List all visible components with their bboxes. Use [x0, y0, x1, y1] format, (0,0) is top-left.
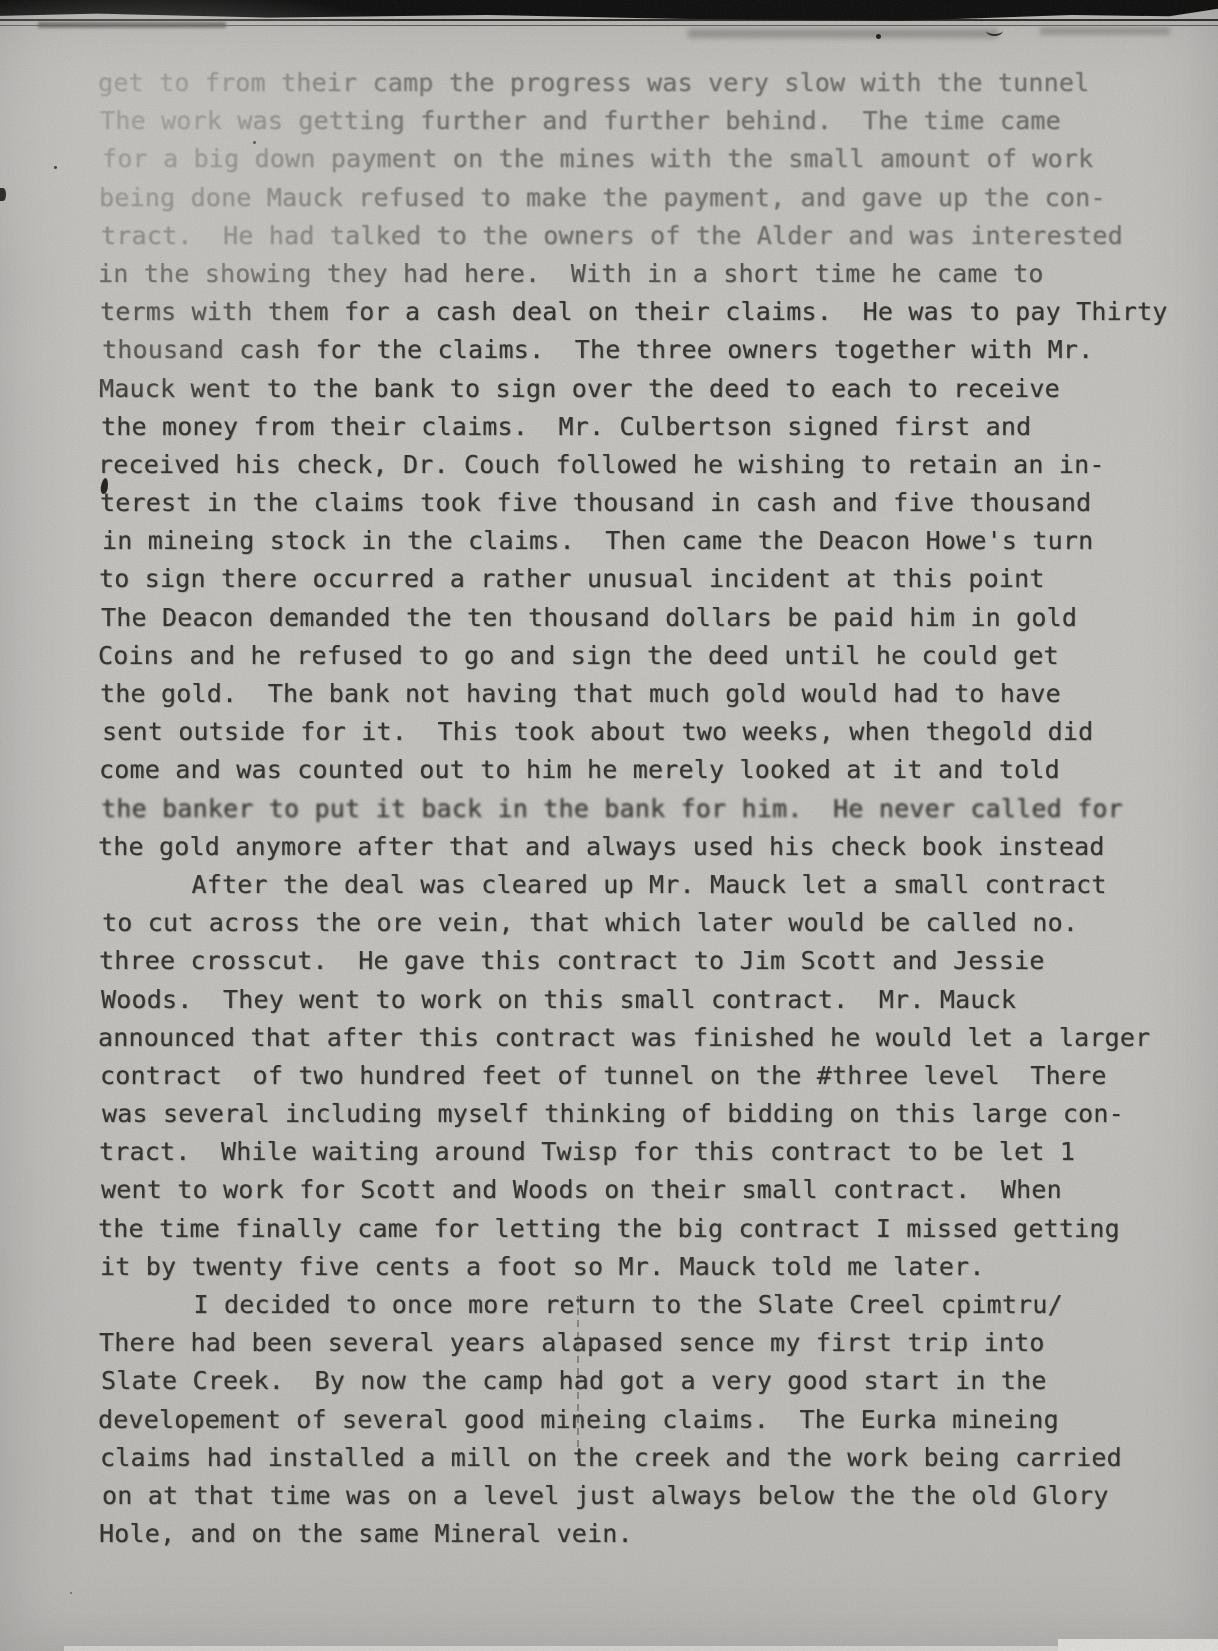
text-line: Mauck went to the bank to sign over the … [99, 370, 1187, 408]
text-line: the banker to put it back in the bank fo… [101, 790, 1189, 828]
text-line: Hole, and on the same Mineral vein. [99, 1515, 1187, 1553]
text-line: come and was counted out to him he merel… [99, 751, 1187, 789]
text-line: on at that time was on a level just alwa… [102, 1477, 1190, 1515]
text-line: to sign there occurred a rather unusual … [99, 560, 1187, 598]
text-line: terms with them for a cash deal on their… [100, 293, 1188, 331]
text-line: I decided to once more return to the Sla… [102, 1286, 1190, 1324]
text-line: The work was getting further and further… [100, 102, 1188, 140]
scan-edge-bottom-corner [1058, 1639, 1218, 1651]
text-line: was several including myself thinking of… [102, 1095, 1190, 1133]
text-line: Woods. They went to work on this small c… [101, 981, 1189, 1019]
text-line: the gold anymore after that and always u… [98, 828, 1186, 866]
scanned-document-page: get to from their camp the progress was … [0, 0, 1218, 1651]
text-line: in the showing they had here. With in a … [98, 255, 1186, 293]
text-line: the money from their claims. Mr. Culbert… [101, 408, 1189, 446]
text-line: received his check, Dr. Couch followed h… [98, 446, 1186, 484]
faint-smudge [688, 29, 998, 38]
text-line: the time finally came for letting the bi… [98, 1210, 1186, 1248]
typewritten-text: get to from their camp the progress was … [100, 64, 1188, 1553]
text-line: Slate Creek. By now the camp had got a v… [101, 1362, 1189, 1400]
text-line: three crosscut. He gave this contract to… [99, 942, 1187, 980]
text-line: being done Mauck refused to make the pay… [99, 179, 1187, 217]
text-line: in mineing stock in the claims. Then cam… [102, 522, 1190, 560]
text-line: claims had installed a mill on the creek… [100, 1439, 1188, 1477]
ink-smudge [38, 22, 226, 28]
text-line: thousand cash for the claims. The three … [102, 331, 1190, 369]
text-line: The Deacon demanded the ten thousand dol… [101, 599, 1189, 637]
text-line: There had been several years alapased se… [99, 1324, 1187, 1362]
text-line: tract. He had talked to the owners of th… [101, 217, 1189, 255]
text-line: to cut across the ore vein, that which l… [102, 904, 1190, 942]
paper-speck [70, 1592, 72, 1594]
paper-speck [54, 166, 57, 169]
scan-edge-bottom-strip [64, 1646, 1218, 1651]
pen-tick-mark [986, 25, 1003, 36]
text-line: announced that after this contract was f… [98, 1019, 1186, 1057]
text-line: After the deal was cleared up Mr. Mauck … [100, 866, 1188, 904]
text-line: developement of several good mineing cla… [98, 1401, 1186, 1439]
scan-line-artifact [0, 19, 1218, 21]
paper-fold-line [577, 1296, 579, 1466]
faint-smudge [1040, 27, 1170, 35]
text-line: went to work for Scott and Woods on thei… [101, 1171, 1189, 1209]
ink-speck [0, 188, 6, 201]
text-line: Coins and he refused to go and sign the … [98, 637, 1186, 675]
text-line: get to from their camp the progress was … [98, 64, 1186, 102]
text-line: contract of two hundred feet of tunnel o… [100, 1057, 1188, 1095]
paper-speck [253, 141, 256, 144]
text-line: for a big down payment on the mines with… [102, 140, 1190, 178]
text-line: sent outside for it. This took about two… [102, 713, 1190, 751]
text-line: tract. While waiting around Twisp for th… [99, 1133, 1187, 1171]
text-line: terest in the claims took five thousand … [100, 484, 1188, 522]
ink-dot [876, 34, 881, 39]
text-line: it by twenty five cents a foot so Mr. Ma… [100, 1248, 1188, 1286]
text-line: the gold. The bank not having that much … [100, 675, 1188, 713]
